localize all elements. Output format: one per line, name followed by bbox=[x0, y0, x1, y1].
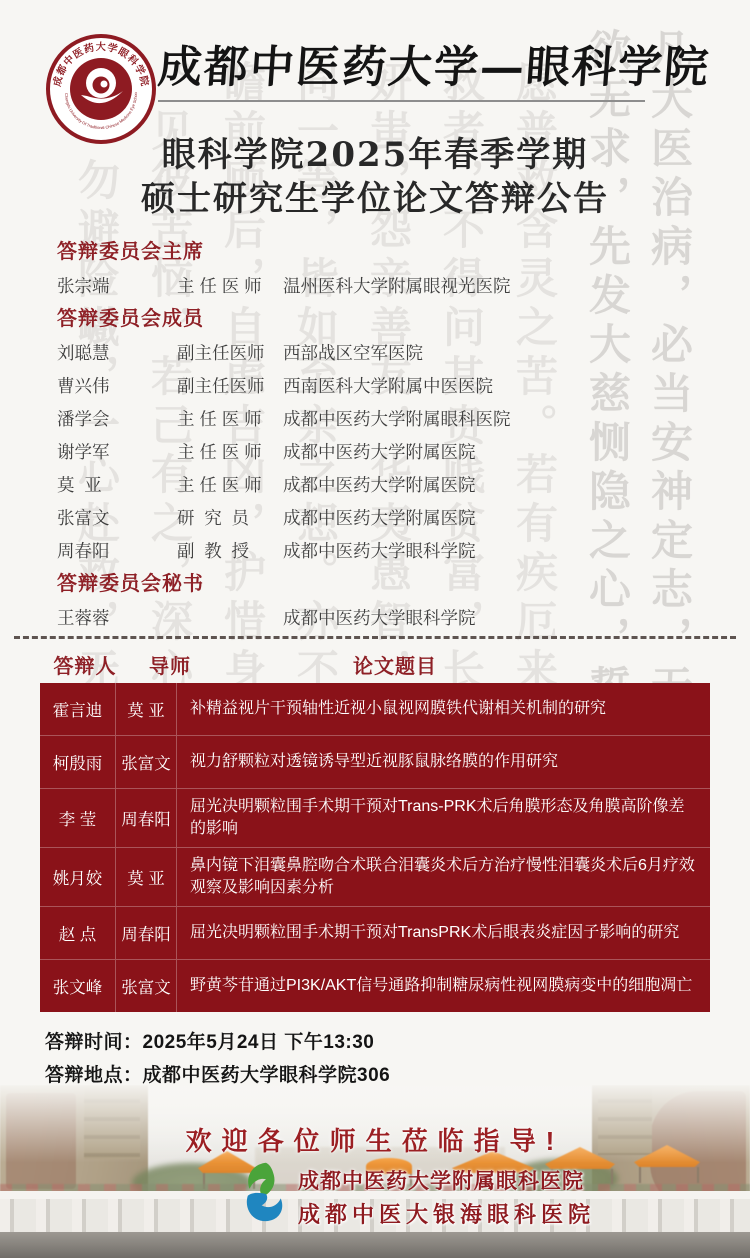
member-affiliation: 成都中医药大学附属医院 bbox=[283, 473, 702, 497]
title-underline bbox=[158, 100, 645, 102]
committee-row: 曹兴伟 副主任医师 西南医科大学附属中医医院 bbox=[57, 374, 702, 398]
defense-time-label: 答辩时间： bbox=[45, 1032, 143, 1053]
member-title: 研 究 员 bbox=[177, 506, 283, 530]
member-title: 副主任医师 bbox=[177, 341, 283, 365]
defender-cell: 霍言迪 bbox=[40, 683, 116, 735]
table-row: 李 莹 周春阳 屈光决明颗粒围手术期干预对Trans-PRK术后角膜形态及角膜高… bbox=[40, 788, 710, 847]
welcome-text: 欢迎各位师生莅临指导! bbox=[0, 1121, 750, 1158]
campus-photo-banner: 欢迎各位师生莅临指导! 成都中医药大学附属眼科医院 成都中医大银海眼科医院 bbox=[0, 1085, 750, 1258]
advisor-cell: 莫 亚 bbox=[116, 848, 177, 906]
defense-meta: 答辩时间：2025年5月24日 下午13:30 答辩地点：成都中医药大学眼科学院… bbox=[45, 1026, 390, 1092]
member-affiliation: 西南医科大学附属中医医院 bbox=[283, 374, 702, 398]
committee-row: 张宗端 主 任 医 师 温州医科大学附属眼视光医院 bbox=[57, 274, 702, 298]
member-name: 张宗端 bbox=[57, 274, 177, 298]
school-title-calligraphy: 成都中医药大学—眼科学院 bbox=[156, 42, 660, 94]
member-title: 主 任 医 师 bbox=[177, 473, 283, 497]
table-row: 赵 点 周春阳 屈光决明颗粒围手术期干预对TransPRK术后眼表炎症因子影响的… bbox=[40, 906, 710, 959]
advisor-cell: 张富文 bbox=[116, 960, 177, 1012]
announcement-title: 眼科学院2025年春季学期 硕士研究生学位论文答辩公告 bbox=[0, 133, 750, 221]
defense-location-label: 答辩地点： bbox=[45, 1065, 143, 1086]
member-affiliation: 温州医科大学附属眼视光医院 bbox=[283, 274, 702, 298]
thesis-cell: 屈光决明颗粒围手术期干预对Trans-PRK术后角膜形态及角膜高阶像差的影响 bbox=[177, 789, 710, 847]
member-title: 副 教 授 bbox=[177, 539, 283, 563]
committee-row: 张富文 研 究 员 成都中医药大学附属医院 bbox=[57, 506, 702, 530]
member-title bbox=[177, 606, 283, 630]
member-name: 张富文 bbox=[57, 506, 177, 530]
chair-heading: 答辩委员会主席 bbox=[57, 240, 702, 264]
dashed-separator bbox=[14, 636, 736, 639]
hospital-name-2: 成都中医大银海眼科医院 bbox=[298, 1198, 595, 1229]
committee-row: 莫 亚 主 任 医 师 成都中医药大学附属医院 bbox=[57, 473, 702, 497]
hospital-logo-icon bbox=[240, 1159, 292, 1229]
advisor-cell: 张富文 bbox=[116, 736, 177, 788]
defense-time-value: 2025年5月24日 下午13:30 bbox=[143, 1032, 375, 1053]
member-name: 刘聪慧 bbox=[57, 341, 177, 365]
advisor-cell: 周春阳 bbox=[116, 907, 177, 959]
committee-row: 潘学会 主 任 医 师 成都中医药大学附属眼科医院 bbox=[57, 407, 702, 431]
member-affiliation: 成都中医药大学附属眼科医院 bbox=[283, 407, 702, 431]
members-heading: 答辩委员会成员 bbox=[57, 307, 702, 331]
defender-cell: 李 莹 bbox=[40, 789, 116, 847]
thesis-cell: 视力舒颗粒对透镜诱导型近视豚鼠脉络膜的作用研究 bbox=[177, 744, 710, 780]
member-affiliation: 成都中医药大学附属医院 bbox=[283, 440, 702, 464]
table-row: 张文峰 张富文 野黄芩苷通过PI3K/AKT信号通路抑制糖尿病性视网膜病变中的细… bbox=[40, 959, 710, 1012]
defense-time: 答辩时间：2025年5月24日 下午13:30 bbox=[45, 1026, 390, 1059]
member-name: 莫 亚 bbox=[57, 473, 177, 497]
member-affiliation: 西部战区空军医院 bbox=[283, 341, 702, 365]
member-affiliation: 成都中医药大学眼科学院 bbox=[283, 539, 702, 563]
committee-row: 王蓉蓉 成都中医药大学眼科学院 bbox=[57, 606, 702, 630]
thesis-cell: 野黄芩苷通过PI3K/AKT信号通路抑制糖尿病性视网膜病变中的细胞凋亡 bbox=[177, 968, 710, 1004]
advisor-cell: 莫 亚 bbox=[116, 683, 177, 735]
member-name: 王蓉蓉 bbox=[57, 606, 177, 630]
member-affiliation: 成都中医药大学眼科学院 bbox=[283, 606, 702, 630]
defense-location: 答辩地点：成都中医药大学眼科学院306 bbox=[45, 1059, 390, 1092]
thesis-cell: 补精益视片干预轴性近视小鼠视网膜铁代谢相关机制的研究 bbox=[177, 691, 710, 727]
defender-cell: 赵 点 bbox=[40, 907, 116, 959]
defense-table-header: 答辩人 导师 论文题目 bbox=[40, 650, 710, 679]
table-row: 柯殷雨 张富文 视力舒颗粒对透镜诱导型近视豚鼠脉络膜的作用研究 bbox=[40, 735, 710, 788]
secretary-heading: 答辩委员会秘书 bbox=[57, 572, 702, 596]
announcement-title-line2: 硕士研究生学位论文答辩公告 bbox=[0, 177, 750, 221]
member-name: 潘学会 bbox=[57, 407, 177, 431]
column-header-defender: 答辩人 bbox=[40, 650, 130, 679]
member-title: 主 任 医 师 bbox=[177, 440, 283, 464]
thesis-cell: 屈光决明颗粒围手术期干预对TransPRK术后眼表炎症因子影响的研究 bbox=[177, 915, 710, 951]
announcement-title-line1: 眼科学院2025年春季学期 bbox=[0, 133, 750, 177]
committee-section: 答辩委员会主席 张宗端 主 任 医 师 温州医科大学附属眼视光医院 答辩委员会成… bbox=[57, 240, 702, 639]
member-name: 周春阳 bbox=[57, 539, 177, 563]
advisor-cell: 周春阳 bbox=[116, 789, 177, 847]
member-name: 曹兴伟 bbox=[57, 374, 177, 398]
member-title: 主 任 医 师 bbox=[177, 274, 283, 298]
member-title: 主 任 医 师 bbox=[177, 407, 283, 431]
defender-cell: 柯殷雨 bbox=[40, 736, 116, 788]
member-name: 谢学军 bbox=[57, 440, 177, 464]
column-header-advisor: 导师 bbox=[130, 650, 210, 679]
defender-cell: 姚月姣 bbox=[40, 848, 116, 906]
defense-location-value: 成都中医药大学眼科学院306 bbox=[143, 1065, 391, 1086]
defense-table: 霍言迪 莫 亚 补精益视片干预轴性近视小鼠视网膜铁代谢相关机制的研究 柯殷雨 张… bbox=[40, 683, 710, 1012]
table-row: 姚月姣 莫 亚 鼻内镜下泪囊鼻腔吻合术联合泪囊炎术后方治疗慢性泪囊炎术后6月疗效… bbox=[40, 847, 710, 906]
committee-row: 刘聪慧 副主任医师 西部战区空军医院 bbox=[57, 341, 702, 365]
thesis-cell: 鼻内镜下泪囊鼻腔吻合术联合泪囊炎术后方治疗慢性泪囊炎术后6月疗效观察及影响因素分… bbox=[177, 848, 710, 906]
committee-row: 谢学军 主 任 医 师 成都中医药大学附属医院 bbox=[57, 440, 702, 464]
hospital-name-1: 成都中医药大学附属眼科医院 bbox=[298, 1165, 584, 1195]
defender-cell: 张文峰 bbox=[40, 960, 116, 1012]
member-title: 副主任医师 bbox=[177, 374, 283, 398]
defense-announcement-poster: 凡大医治病，必当安神定志，无 欲无求，先发大慈恻隐之心，誓 愿普救含灵之苦。若有… bbox=[0, 0, 750, 1258]
university-seal-logo: 成都中医药大学眼科学院 Chengdu University Of Tradit… bbox=[45, 33, 157, 145]
committee-row: 周春阳 副 教 授 成都中医药大学眼科学院 bbox=[57, 539, 702, 563]
column-header-thesis: 论文题目 bbox=[210, 650, 580, 679]
table-row: 霍言迪 莫 亚 补精益视片干预轴性近视小鼠视网膜铁代谢相关机制的研究 bbox=[40, 683, 710, 735]
member-affiliation: 成都中医药大学附属医院 bbox=[283, 506, 702, 530]
